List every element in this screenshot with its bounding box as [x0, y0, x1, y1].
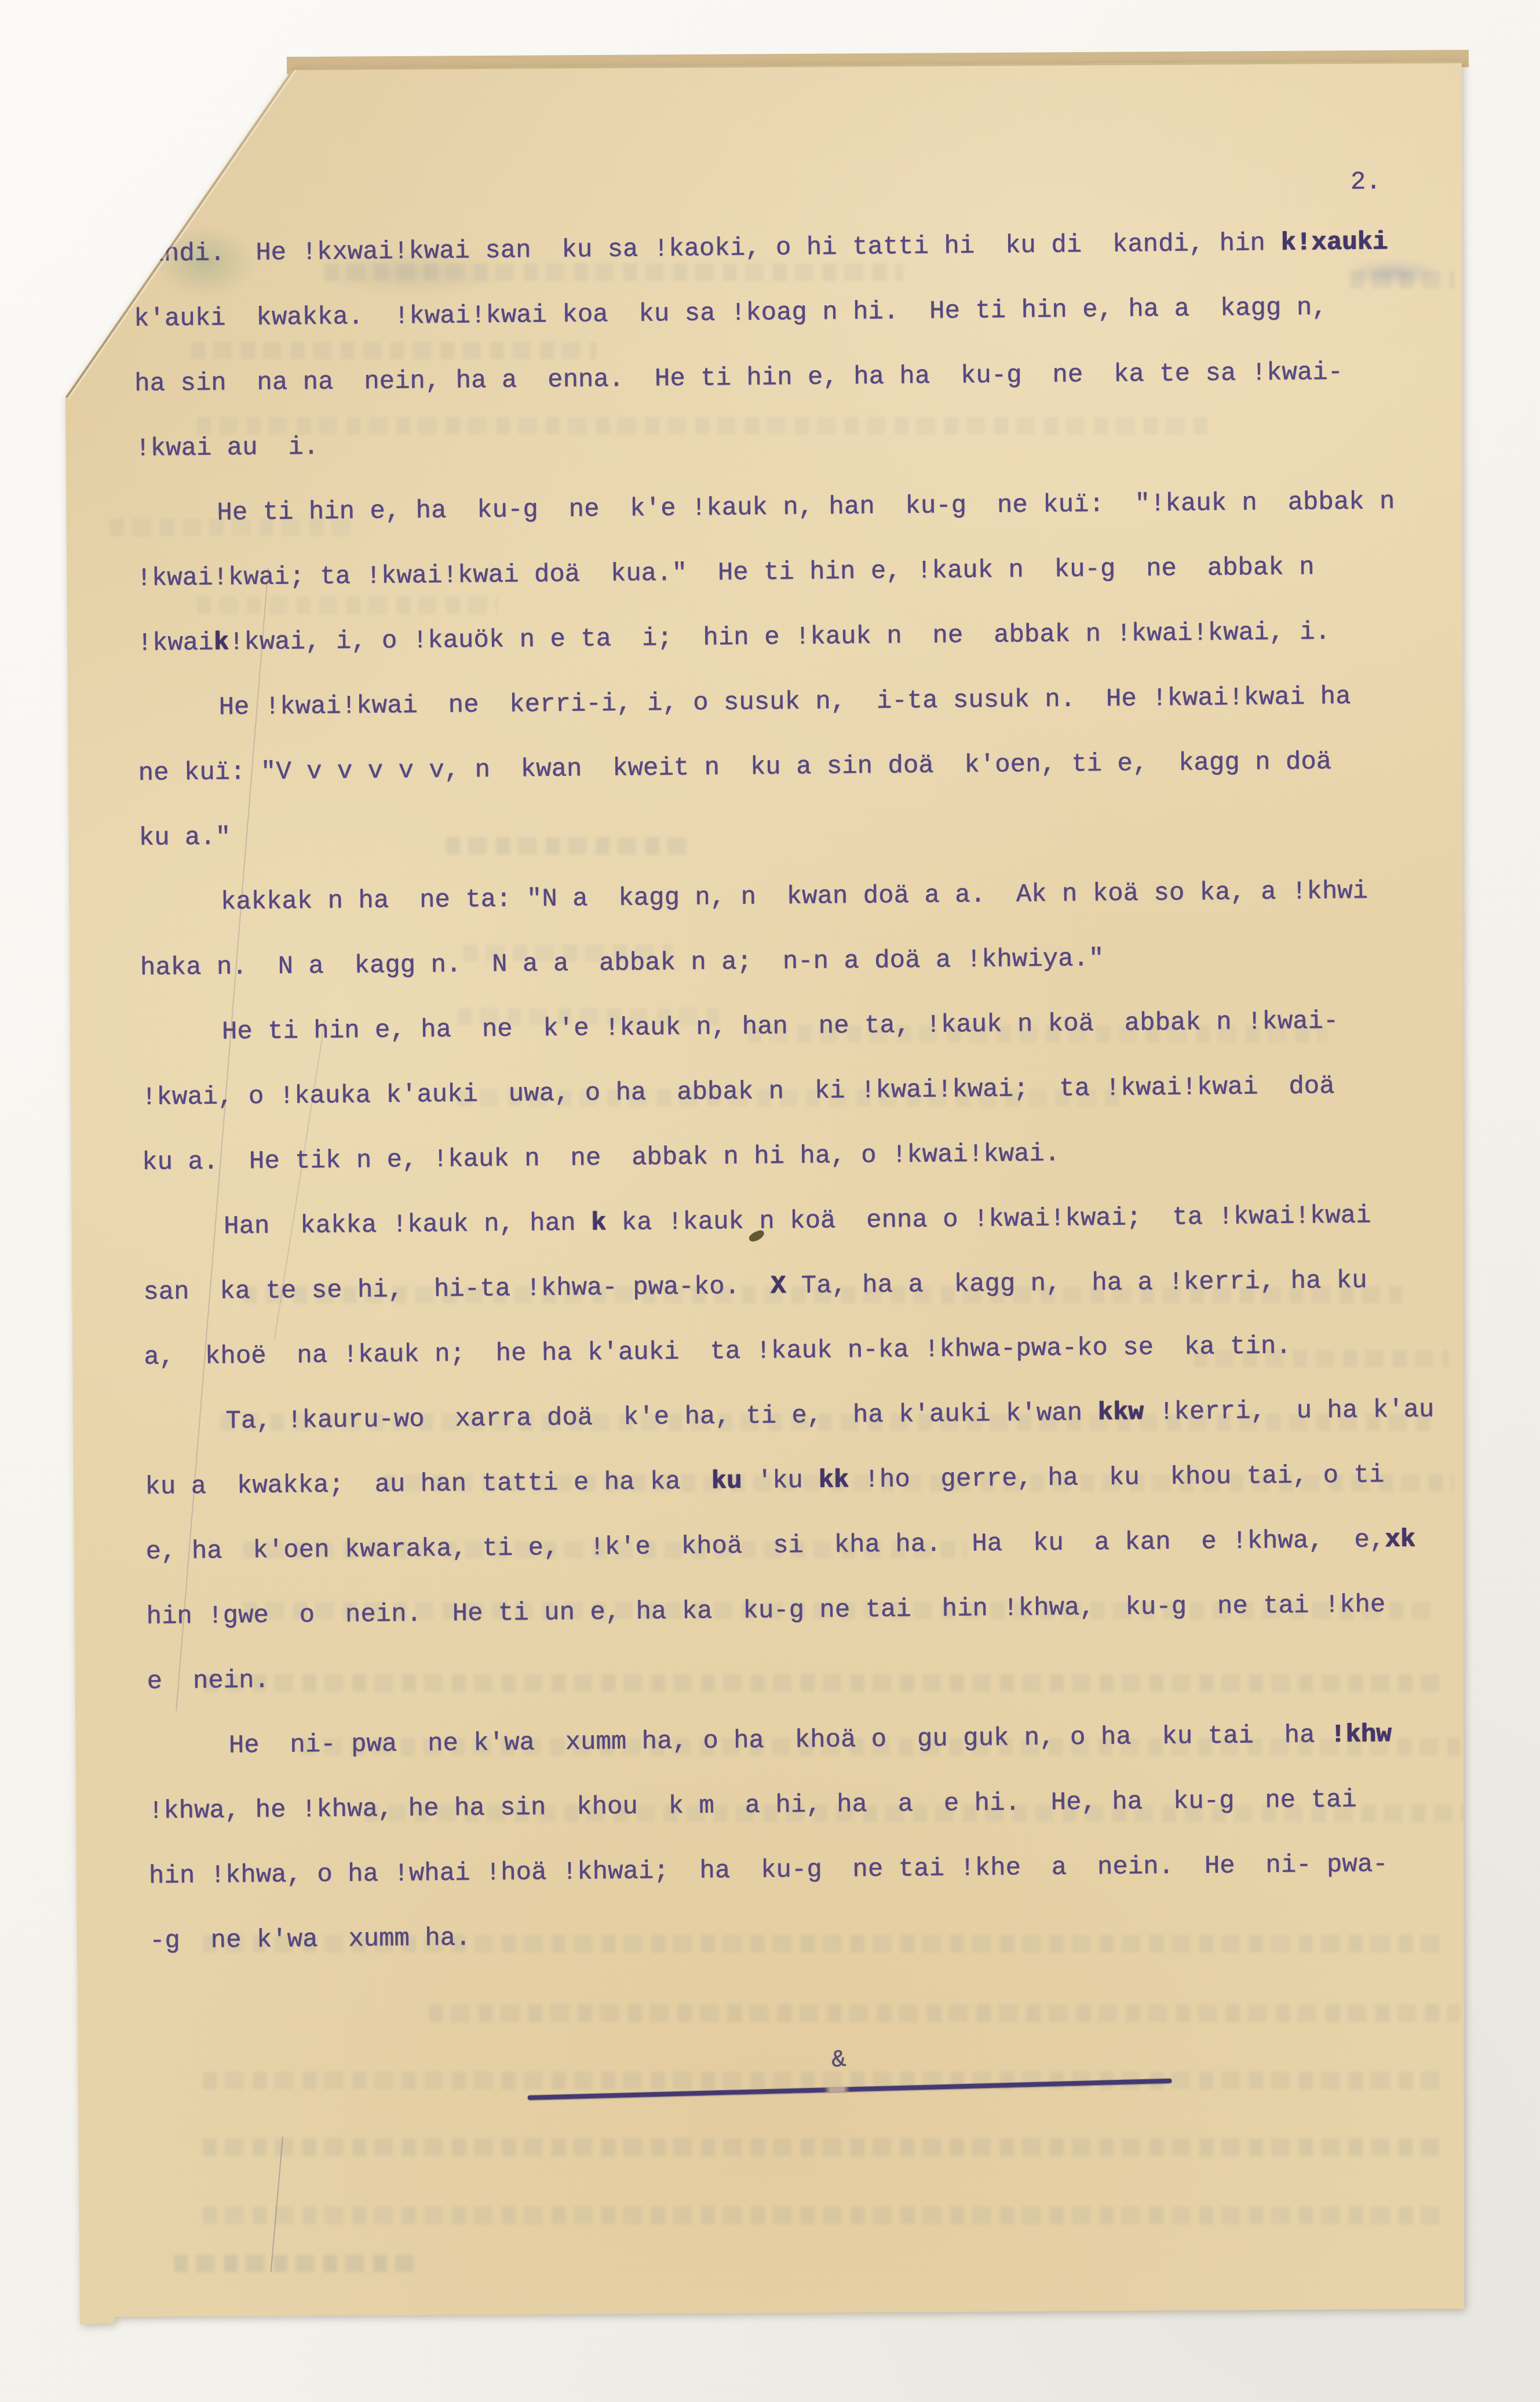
typed-text: kandi. He !kxwai!kwai san ku sa !kaoki, …: [133, 229, 1281, 269]
typescript-page: 2. & kandi. He !kxwai!kwai san ku sa !ka…: [0, 0, 1540, 2402]
typed-text: ku a kwakka; au han tatti e ha ka: [145, 1468, 711, 1502]
typed-text: hin !gwe o nein. He ti un e, ha ka ku-g …: [146, 1590, 1385, 1631]
text-line: !kwai, o !kauka k'auki uwa, o ha abbak n…: [141, 1072, 1335, 1112]
overstruck-text: !khw: [1330, 1720, 1392, 1750]
overstruck-text: k: [591, 1209, 607, 1237]
text-line: He !kwai!kwai ne kerri-i, i, o susuk n, …: [137, 682, 1351, 723]
typescript-text: 2. & kandi. He !kxwai!kwai san ku sa !ka…: [0, 0, 1540, 2402]
text-line: !kwai!kwai; ta !kwai!kwai doä kua." He t…: [136, 553, 1315, 593]
overstruck-text: kk: [818, 1466, 849, 1495]
typed-text: He !kwai!kwai ne kerri-i, i, o susuk n, …: [218, 682, 1351, 722]
text-line: ha sin na na nein, ha a enna. He ti hin …: [134, 358, 1343, 399]
ampersand-mark: &: [830, 2046, 847, 2075]
text-line: k'auki kwakka. !kwai!kwai koa ku sa !koa…: [134, 293, 1327, 334]
typed-text: 'ku: [742, 1466, 819, 1496]
text-line: -g ne k'wa xumm ha.: [149, 1924, 471, 1956]
typed-text: !kwai: [137, 629, 214, 658]
overstruck-text: k!xauki: [1280, 228, 1388, 258]
typed-text: ku a. He tik n e, !kauk n ne abbak n hi …: [142, 1140, 1060, 1177]
typed-text: hin !khwa, o ha !whai !hoä !khwai; ha ku…: [149, 1850, 1388, 1891]
text-line: Ta, !kauru-wo xarra doä k'e ha, ti e, ha…: [144, 1396, 1434, 1437]
text-line: hin !gwe o nein. He ti un e, ha ka ku-g …: [146, 1590, 1385, 1631]
typed-text: san ka te se hi, hi-ta !khwa- pwa-ko.: [143, 1272, 771, 1307]
text-line: He ti hin e, ha ne k'e !kauk n, han ne t…: [141, 1007, 1339, 1047]
typed-text: !kwai, i, o !kauök n e ta i; hin e !kauk…: [229, 618, 1331, 657]
text-line: !khwa, he !khwa, he ha sin khou k m a hi…: [148, 1786, 1357, 1826]
text-line: Han kakka !kauk n, han k ka !kauk n koä …: [143, 1202, 1371, 1242]
typed-text: ka !kauk n koä enna o !kwai!kwai; ta !kw…: [606, 1202, 1371, 1238]
typed-text: !kerri, u ha k'au: [1143, 1396, 1434, 1428]
text-line: hin !khwa, o ha !whai !hoä !khwai; ha ku…: [149, 1850, 1388, 1891]
typed-text: a, khoë na !kauk n; he ha k'auki ta !kau…: [144, 1332, 1291, 1372]
overstruck-text: k: [213, 628, 229, 657]
typed-text: !kwai, o !kauka k'auki uwa, o ha abbak n…: [141, 1072, 1335, 1112]
overstruck-text: xk: [1385, 1525, 1415, 1555]
overstruck-text: X: [771, 1272, 786, 1301]
typed-text: haka n. N a kagg n. N a a abbak n a; n-n…: [140, 944, 1104, 983]
typed-text: !kwai au i.: [135, 433, 319, 463]
text-line: He ti hin e, ha ku-g ne k'e !kauk n, han…: [136, 487, 1395, 528]
typed-text: ha sin na na nein, ha a enna. He ti hin …: [134, 358, 1343, 399]
typed-text: ne kuï: "V v v v v v, n kwan kweit n ku …: [138, 747, 1331, 788]
text-line: !kwai au i.: [135, 433, 319, 463]
text-line: san ka te se hi, hi-ta !khwa- pwa-ko. X …: [143, 1266, 1367, 1307]
text-line: ne kuï: "V v v v v v, n kwan kweit n ku …: [138, 747, 1331, 788]
typed-text: He ti hin e, ha ne k'e !kauk n, han ne t…: [222, 1007, 1339, 1047]
text-line: haka n. N a kagg n. N a a abbak n a; n-n…: [140, 944, 1104, 983]
typed-text: ku a.": [139, 823, 231, 853]
text-line: He ni- pwa ne k'wa xumm ha, o ha khoä o …: [148, 1720, 1392, 1761]
typed-text: e nein.: [147, 1666, 269, 1696]
typed-text: Ta, !kauru-wo xarra doä k'e ha, ti e, ha…: [225, 1399, 1097, 1436]
typed-text: He ni- pwa ne k'wa xumm ha, o ha khoä o …: [229, 1721, 1331, 1760]
typed-text: k'auki kwakka. !kwai!kwai koa ku sa !koa…: [134, 293, 1327, 334]
typed-text: !khwa, he !khwa, he ha sin khou k m a hi…: [148, 1786, 1357, 1826]
typed-text: !ho gerre, ha ku khou tai, o ti: [849, 1461, 1385, 1495]
typed-text: He ti hin e, ha ku-g ne k'e !kauk n, han…: [217, 487, 1395, 528]
text-line: e, ha k'oen kwaraka, ti e, !k'e khoä si …: [145, 1525, 1415, 1567]
text-line: ku a kwakka; au han tatti e ha ka ku 'ku…: [145, 1461, 1384, 1502]
overstruck-text: kkw: [1097, 1398, 1144, 1428]
ink-rule: [528, 2079, 1172, 2100]
text-line: !kwaik!kwai, i, o !kauök n e ta i; hin e…: [137, 618, 1330, 658]
typed-text: e, ha k'oen kwaraka, ti e, !k'e khoä si …: [145, 1525, 1385, 1567]
text-line: a, khoë na !kauk n; he ha k'auki ta !kau…: [144, 1332, 1291, 1372]
page-shadow: 2. & kandi. He !kxwai!kwai san ku sa !ka…: [0, 0, 1540, 2402]
overstruck-text: ku: [711, 1467, 742, 1496]
typed-text: !kwai!kwai; ta !kwai!kwai doä kua." He t…: [136, 553, 1315, 593]
text-line: kakkak n ha ne ta: "N a kagg n, n kwan d…: [140, 877, 1369, 918]
typed-text: -g ne k'wa xumm ha.: [149, 1924, 471, 1956]
typed-text: Han kakka !kauk n, han: [224, 1209, 591, 1241]
scanned-document: 2. & kandi. He !kxwai!kwai san ku sa !ka…: [0, 0, 1540, 2402]
typed-text: Ta, ha a kagg n, ha a !kerri, ha ku: [786, 1266, 1367, 1301]
text-line: kandi. He !kxwai!kwai san ku sa !kaoki, …: [133, 228, 1388, 269]
text-line: ku a.": [139, 823, 231, 853]
typed-text: kakkak n ha ne ta: "N a kagg n, n kwan d…: [221, 877, 1369, 917]
text-line: ku a. He tik n e, !kauk n ne abbak n hi …: [142, 1140, 1060, 1177]
text-line: e nein.: [147, 1666, 269, 1696]
page-number: 2.: [1351, 167, 1381, 197]
